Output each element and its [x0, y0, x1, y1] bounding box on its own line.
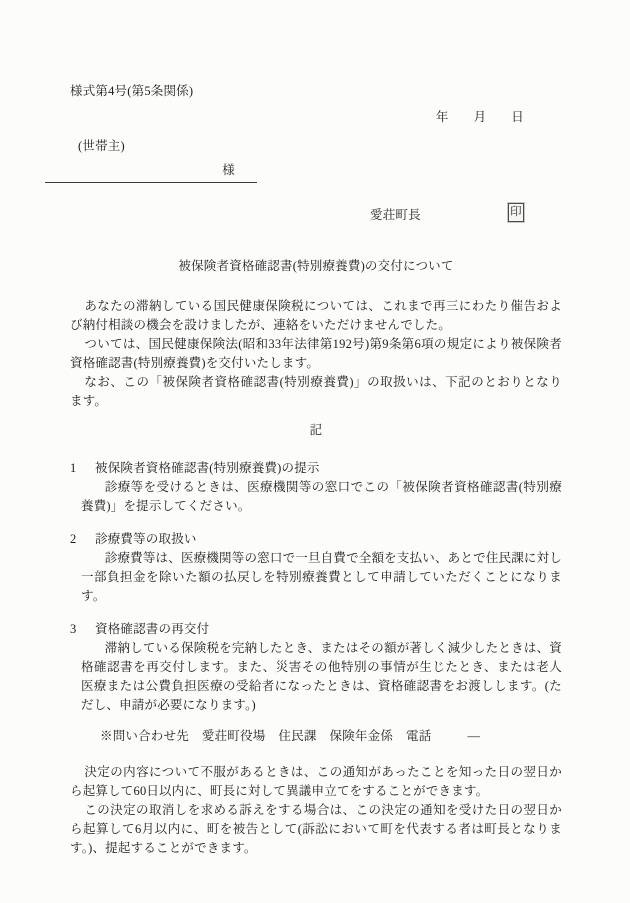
item-body: 滞納している保険税を完納したとき、またはその額が著しく減少したときは、資格確認書… [81, 639, 562, 715]
list-item: 2診療費等の取扱い 診療費等は、医療機関等の窓口で一旦自費で全額を支払い、あとで… [70, 530, 562, 606]
addressee-underline: 様 [45, 161, 257, 183]
document-title: 被保険者資格確認書(特別療養費)の交付について [70, 257, 562, 276]
item-number: 2 [70, 530, 95, 549]
date-line: 年月日 [70, 108, 562, 127]
contact-phone-value: ― [467, 729, 480, 743]
mayor-title: 愛荘町長 [370, 206, 421, 225]
item-number: 3 [70, 620, 95, 639]
intro-paragraph: ついては、国民健康保険法(昭和33年法律第192号)第9条第6項の規定により被保… [70, 335, 562, 373]
year-label: 年 [436, 110, 449, 124]
appeal-paragraph: 決定の内容について不服があるときは、この通知があったことを知った日の翌日から起算… [70, 763, 562, 801]
item-body: 診療等を受けるときは、医療機関等の窓口でこの「被保険者資格確認書(特別療養費)」… [81, 478, 562, 516]
item-number: 1 [70, 459, 95, 478]
list-item: 1被保険者資格確認書(特別療養費)の提示 診療等を受けるときは、医療機関等の窓口… [70, 459, 562, 516]
appeal-section: 決定の内容について不服があるときは、この通知があったことを知った日の翌日から起算… [70, 763, 562, 858]
appeal-paragraph: この決定の取消しを求める訴えをする場合は、この決定の通知を受けた日の翌日から起算… [70, 801, 562, 858]
contact-line: ※問い合わせ先愛荘町役場住民課保険年金係電話― [100, 727, 562, 746]
seal-stamp: 印 [508, 203, 524, 222]
list-item: 3資格確認書の再交付 滞納している保険税を完納したとき、またはその額が著しく減少… [70, 620, 562, 715]
intro-paragraph: なお、この「被保険者資格確認書(特別療養費)」の取扱いは、下記のとおりとなります… [70, 373, 562, 411]
month-label: 月 [474, 110, 487, 124]
intro-section: あなたの滞納している国民健康保険税については、これまで再三にわたり催告および納付… [70, 297, 562, 411]
intro-paragraph: あなたの滞納している国民健康保険税については、これまで再三にわたり催告および納付… [70, 297, 562, 335]
item-heading: 2診療費等の取扱い [70, 530, 562, 549]
item-heading-text: 診療費等の取扱い [95, 532, 197, 546]
ki-marker: 記 [70, 421, 562, 440]
addressee-honorific: 様 [222, 163, 235, 177]
contact-division: 住民課 [278, 729, 316, 743]
contact-section: 保険年金係 [330, 729, 394, 743]
item-heading: 3資格確認書の再交付 [70, 620, 562, 639]
day-label: 日 [511, 110, 524, 124]
contact-phone-label: 電話 [406, 729, 431, 743]
item-body: 診療費等は、医療機関等の窓口で一旦自費で全額を支払い、あとで住民課に対し一部負担… [81, 549, 562, 606]
contact-marker: ※問い合わせ先 [100, 729, 189, 743]
document-page: 様式第4号(第5条関係) 年月日 (世帯主) 様 愛荘町長 印 被保険者資格確認… [0, 0, 630, 903]
item-heading-text: 被保険者資格確認書(特別療養費)の提示 [95, 461, 320, 475]
items-section: 1被保険者資格確認書(特別療養費)の提示 診療等を受けるときは、医療機関等の窓口… [70, 459, 562, 715]
addressee-label: (世帯主) [70, 137, 562, 156]
mayor-row: 愛荘町長 印 [70, 205, 562, 227]
form-number: 様式第4号(第5条関係) [70, 82, 562, 101]
item-heading: 1被保険者資格確認書(特別療養費)の提示 [70, 459, 562, 478]
item-heading-text: 資格確認書の再交付 [95, 622, 209, 636]
contact-office: 愛荘町役場 [202, 729, 266, 743]
